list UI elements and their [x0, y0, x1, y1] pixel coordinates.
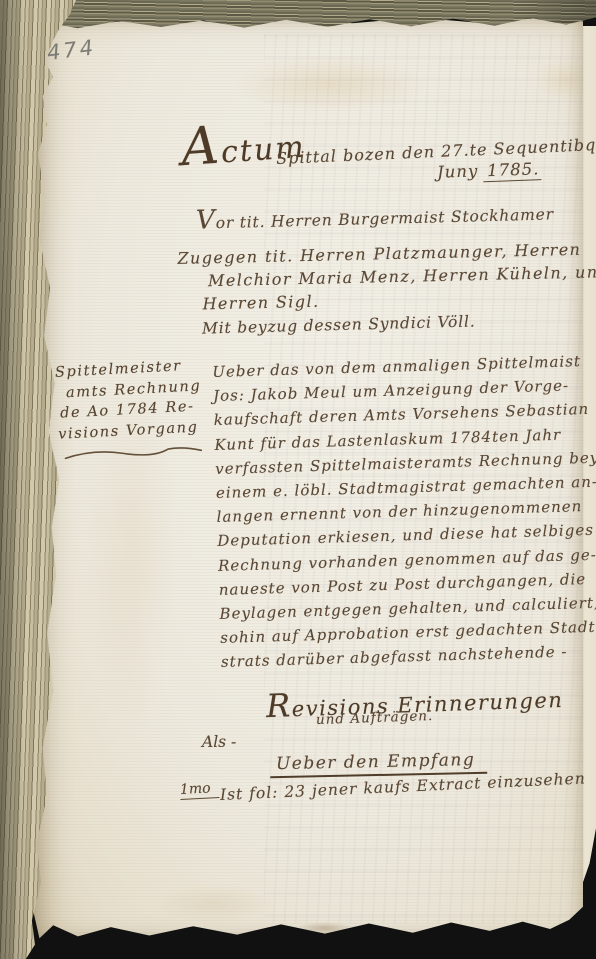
als-label: Als -: [202, 733, 236, 751]
body-paragraph: Ueber das von dem anmaligen Spittelmaist…: [212, 347, 596, 674]
heading-year: 1785.: [483, 159, 542, 182]
item1-marker: 1mo: [180, 780, 220, 800]
heading-month: Juny: [437, 161, 479, 181]
actum-heading: Actum: [179, 110, 307, 179]
margin-flourish: [63, 441, 204, 462]
syndic-line: Mit beyzug dessen Syndici Völl.: [202, 312, 476, 337]
handwriting-layer: 474 Actum Spittal bozen den 27.te Sequen…: [0, 0, 596, 959]
chair-line: Vor tit. Herren Burgermaist Stockhamer: [196, 196, 554, 235]
margin-note: Spittelmeister amts Rechnung de Ao 1784 …: [54, 355, 204, 462]
manuscript-scan: 474 Actum Spittal bozen den 27.te Sequen…: [0, 0, 596, 959]
revision-subheading: und Aufträgen.: [316, 708, 434, 728]
attendees-block: Zugegen tit. Herren Platzmaunger, Herren…: [177, 237, 596, 316]
section-heading-empfang: Ueber den Empfang: [270, 750, 488, 779]
page-number-pencil: 474: [46, 35, 98, 65]
heading-date-line: Juny1785.: [437, 159, 542, 182]
